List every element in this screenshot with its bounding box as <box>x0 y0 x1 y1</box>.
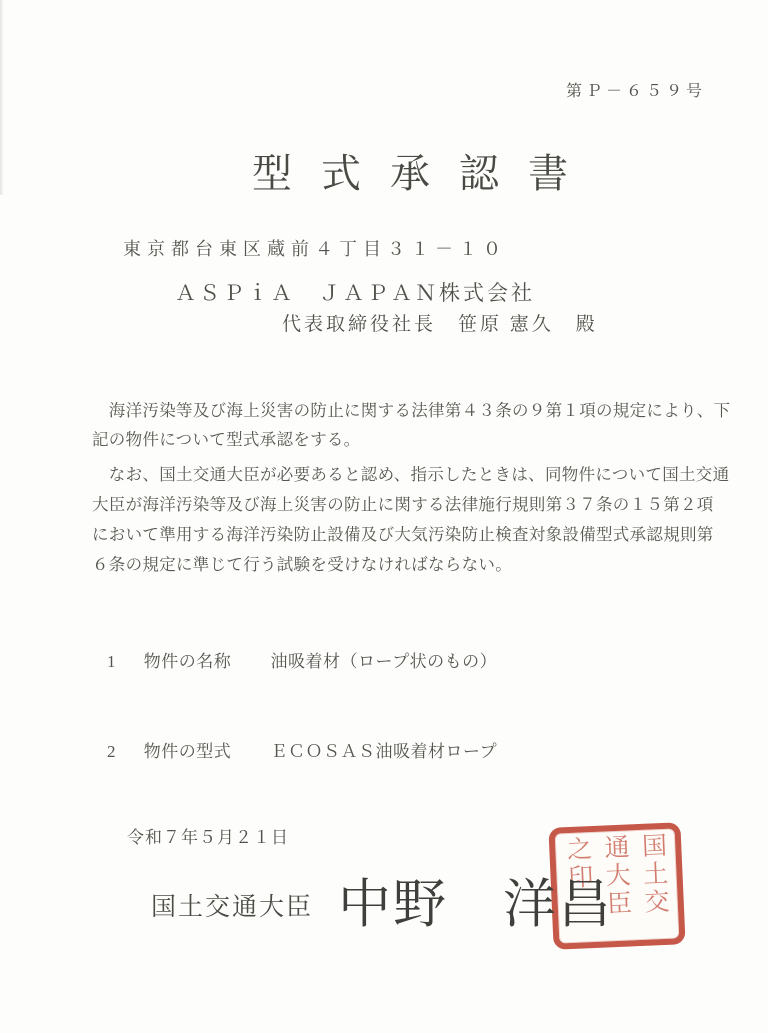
body-paragraph-1: 海洋汚染等及び海上災害の防止に関する法律第４３条の９第１項の規定により、下 記の… <box>92 396 724 454</box>
item-value: ＥＣＯＳＡＳ油吸着材ロープ <box>271 737 498 762</box>
body-line: なお、国土交通大臣が必要あると認め、指示したときは、同物件について国土交通 <box>92 460 724 490</box>
certificate-title: 型式承認書 <box>252 142 597 199</box>
minister-title: 国土交通大臣 <box>151 887 313 923</box>
certificate-page: 第Ｐ－６５９号 型式承認書 東京都台東区蔵前４丁目３１－１０ ＡＳＰｉＡ ＪＡＰ… <box>0 0 768 1033</box>
item-label: 物件の型式 <box>144 737 232 762</box>
minister-name-signature: 中野 洋昌 <box>338 862 613 938</box>
item-number: 2 <box>107 742 116 762</box>
issue-date: 令和７年５月２１日 <box>127 823 289 848</box>
recipient-address: 東京都台東区蔵前４丁目３１－１０ <box>123 235 507 261</box>
body-line: において準用する海洋汚染防止設備及び大気汚染防止検査対象設備型式承認規則第 <box>92 520 724 550</box>
item-row-model: 2 物件の型式 ＥＣＯＳＡＳ油吸着材ロープ <box>107 737 497 762</box>
body-line: 大臣が海洋汚染等及び海上災害の防止に関する法律施行規則第３７条の１５第２項 <box>92 490 724 520</box>
item-value: 油吸着材（ロープ状のもの） <box>271 647 498 672</box>
body-paragraph-2: なお、国土交通大臣が必要あると認め、指示したときは、同物件について国土交通 大臣… <box>92 460 724 580</box>
body-text: 海洋汚染等及び海上災害の防止に関する法律第４３条の９第１項の規定により、下 記の… <box>92 396 724 580</box>
body-line: 海洋汚染等及び海上災害の防止に関する法律第４３条の９第１項の規定により、下 <box>92 396 724 425</box>
scan-edge-artifact <box>0 0 4 195</box>
item-row-name: 1 物件の名称 油吸着材（ロープ状のもの） <box>107 647 497 672</box>
item-label: 物件の名称 <box>144 647 232 672</box>
body-line: 記の物件について型式承認をする。 <box>92 425 724 454</box>
recipient-attention: 代表取締役社長 笹原 憲久 殿 <box>282 309 598 336</box>
recipient-company: ＡＳＰｉＡ ＪＡＰＡＮ株式会社 <box>175 277 535 307</box>
item-number: 1 <box>107 652 116 672</box>
body-line: ６条の規定に準じて行う試験を受けなければならない。 <box>92 550 724 580</box>
document-number: 第Ｐ－６５９号 <box>566 78 706 101</box>
